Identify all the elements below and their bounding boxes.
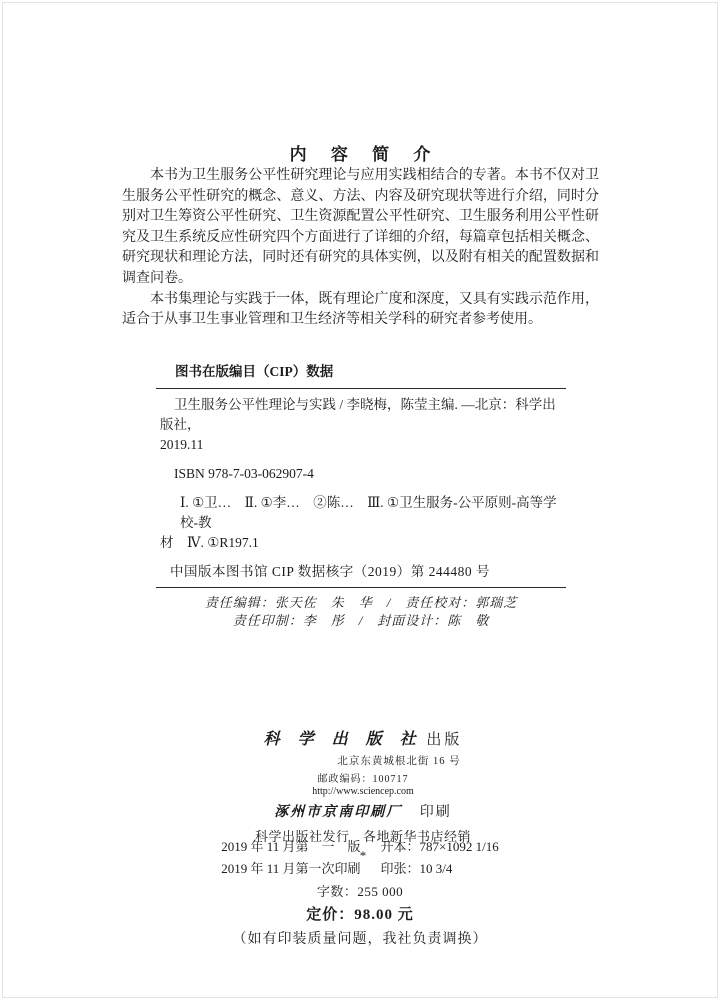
edition-table: 2019 年 11 月第 一 版开本：787×1092 1/16 2019 年 …: [221, 836, 498, 880]
book-copyright-page: 内 容 简 介 本书为卫生服务公平性研究理论与应用实践相结合的专著。本书不仅对卫…: [0, 0, 720, 1000]
publisher-url: http://www.sciencep.com: [0, 786, 720, 797]
quality-notice: （如有印装质量问题，我社负责调换）: [0, 928, 720, 948]
staff-line-printing: 责任印制：李 彤 / 封面设计：陈 敬: [156, 612, 566, 630]
format-spec: 开本：787×1092 1/16: [381, 839, 499, 854]
publisher-address: 北京东黄城根北街 16 号: [0, 753, 720, 768]
publisher-logotype: 科 学 出 版 社: [264, 731, 423, 748]
cip-classification-line1: Ⅰ. ①卫… Ⅱ. ①李… ②陈… Ⅲ. ①卫生服务-公平原则-高等学校-教: [160, 493, 562, 533]
intro-paragraph-1: 本书为卫生服务公平性研究理论与应用实践相结合的专著。本书不仅对卫生服务公平性研究…: [122, 166, 599, 290]
cip-data-block: 图书在版编目（CIP）数据 卫生服务公平性理论与实践 / 李晓梅，陈莹主编. —…: [156, 360, 566, 633]
sheet-count: 印张：10 3/4: [381, 861, 453, 876]
word-count: 字数：255 000: [0, 881, 720, 900]
price: 定价：98.00 元: [0, 903, 720, 924]
print-run-info: 2019 年 11 月第 一 版开本：787×1092 1/16 2019 年 …: [0, 836, 720, 948]
publisher-name-suffix: 出版: [426, 732, 462, 748]
cip-body: 卫生服务公平性理论与实践 / 李晓梅，陈莹主编. —北京：科学出版社， 2019…: [156, 389, 566, 587]
staff-credits: 责任编辑：张天佐 朱 华 / 责任校对：郭瑞芝 责任印制：李 彤 / 封面设计：…: [156, 588, 566, 633]
impression-line: 2019 年 11 月第一次印刷印张：10 3/4: [221, 858, 498, 880]
edition-line: 2019 年 11 月第 一 版开本：787×1092 1/16: [221, 836, 498, 858]
cip-classification-line2: 材 Ⅳ. ①R197.1: [160, 533, 562, 553]
intro-section: 本书为卫生服务公平性研究理论与应用实践相结合的专著。本书不仅对卫生服务公平性研究…: [122, 166, 599, 331]
cip-year-line: 2019.11: [160, 435, 562, 455]
printer-line: 涿州市京南印刷厂 印刷: [0, 801, 720, 821]
impression-date: 2019 年 11 月第一次印刷: [221, 861, 360, 876]
staff-line-editors: 责任编辑：张天佐 朱 华 / 责任校对：郭瑞芝: [156, 594, 566, 612]
publisher-name-line: 科 学 出 版 社 出版: [0, 726, 720, 749]
printer-name: 涿州市京南印刷厂: [274, 805, 402, 820]
edition-date: 2019 年 11 月第 一 版: [221, 839, 360, 854]
cip-isbn: ISBN 978-7-03-062907-4: [160, 464, 562, 484]
cip-classification: Ⅰ. ①卫… Ⅱ. ①李… ②陈… Ⅲ. ①卫生服务-公平原则-高等学校-教 材…: [160, 493, 562, 553]
cip-heading: 图书在版编目（CIP）数据: [156, 360, 566, 388]
cip-title-line: 卫生服务公平性理论与实践 / 李晓梅，陈莹主编. —北京：科学出版社，: [160, 395, 562, 435]
publisher-postcode: 邮政编码：100717: [0, 770, 720, 785]
intro-paragraph-2: 本书集理论与实践于一体，既有理论广度和深度，又具有实践示范作用，适合于从事卫生事…: [122, 290, 599, 331]
cip-record-number: 中国版本图书馆 CIP 数据核字（2019）第 244480 号: [160, 562, 562, 582]
intro-title: 内 容 简 介: [0, 140, 720, 165]
printer-suffix: 印刷: [420, 805, 452, 820]
